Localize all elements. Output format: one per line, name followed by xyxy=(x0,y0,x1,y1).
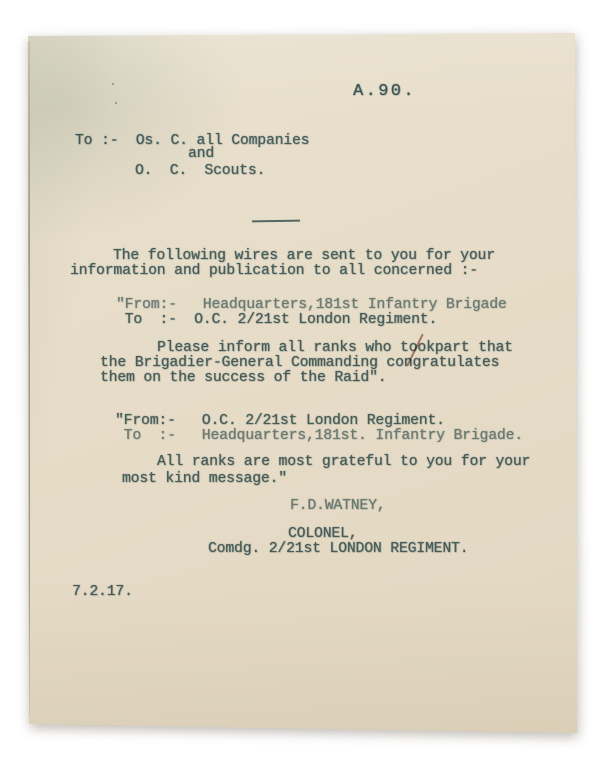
photo-background: A.90.To :- Os. C. all CompaniesandO. C. … xyxy=(0,0,598,761)
signature-rank: COLONEL, xyxy=(288,527,357,542)
wire1-body-3: them on the success of the Raid". xyxy=(100,371,386,386)
wire1-to: To :- O.C. 2/21st London Regiment. xyxy=(116,313,437,328)
addressee-line-2: and xyxy=(188,147,214,162)
intro-line-2: information and publication to all conce… xyxy=(70,264,478,279)
signature-name: F.D.WATNEY, xyxy=(290,499,385,514)
wire2-to: To :- Headquarters,181st. Infantry Briga… xyxy=(115,429,523,444)
wire2-body-1: All ranks are most grateful to you for y… xyxy=(157,455,530,470)
wire2-from: "From:- O.C. 2/21st London Regiment. xyxy=(115,414,445,429)
reference-number: A.90. xyxy=(353,83,416,100)
date-line: 7.2.17. xyxy=(72,585,133,600)
wire1-from: "From:- Headquarters,181st Infantry Brig… xyxy=(116,298,507,313)
paper-speck xyxy=(115,102,117,104)
addressee-line-3: O. C. Scouts. xyxy=(135,164,265,179)
intro-line-1: The following wires are sent to you for … xyxy=(113,249,495,264)
signature-unit: Comdg. 2/21st LONDON REGIMENT. xyxy=(208,542,468,557)
document-paper: A.90.To :- Os. C. all CompaniesandO. C. … xyxy=(28,33,577,734)
paper-speck xyxy=(112,83,114,85)
wire1-body-2: the Brigadier-General Commanding congrat… xyxy=(100,356,499,371)
wire2-body-2: most kind message." xyxy=(122,472,287,487)
wire1-body-1: Please inform all ranks who tookpart tha… xyxy=(157,341,513,356)
separator-line xyxy=(252,220,300,223)
paper-edge-shadow xyxy=(28,41,30,717)
document-paper-wrapper: A.90.To :- Os. C. all CompaniesandO. C. … xyxy=(28,33,577,734)
